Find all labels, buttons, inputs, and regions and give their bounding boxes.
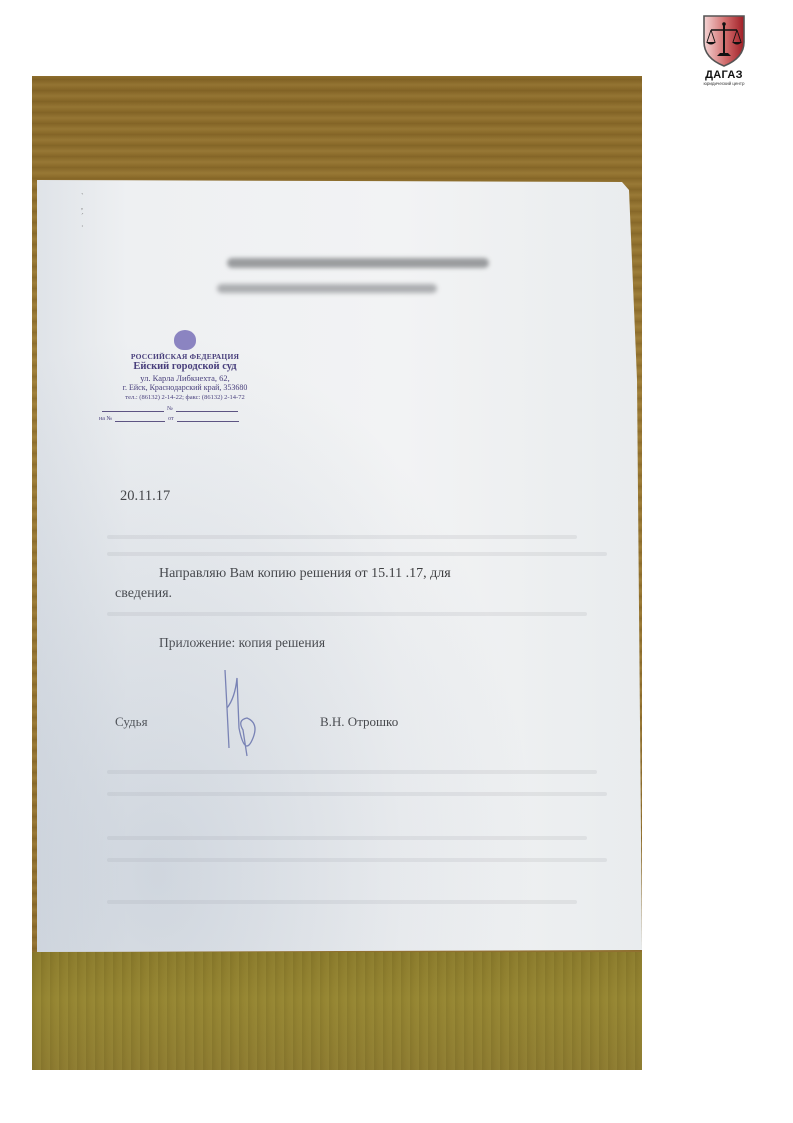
logo-subtitle: юридический центр (692, 81, 756, 86)
number-label: № (167, 406, 173, 412)
stamp-number-line: № (95, 406, 275, 412)
letter-body-line-1: Направляю Вам копию решения от 15.11 .17… (159, 566, 451, 582)
stamp-street: ул. Карла Либкнехта, 62, (95, 373, 275, 383)
letter-paper: ˋ,ˊ· РОССИЙСКАЯ ФЕДЕРАЦИЯ Ейский городск… (37, 180, 642, 952)
ref-label: на № (99, 416, 112, 422)
stamp-city: г. Ейск, Краснодарский край, 353680 (95, 383, 275, 393)
bleed-through-text (107, 552, 607, 556)
signature-icon (217, 668, 267, 760)
logo-name: ДАГАЗ (692, 69, 756, 81)
torn-edge-mark: ˋ,ˊ· (81, 192, 87, 242)
bleed-through-text (107, 770, 597, 774)
court-stamp: РОССИЙСКАЯ ФЕДЕРАЦИЯ Ейский городской су… (95, 330, 275, 422)
bleed-through-text (107, 900, 577, 904)
document-photo: ˋ,ˊ· РОССИЙСКАЯ ФЕДЕРАЦИЯ Ейский городск… (32, 76, 642, 1070)
stamp-phone: тел.: (86132) 2-14-22; факс: (86132) 2-1… (95, 393, 275, 402)
bleed-through-text (107, 858, 607, 862)
bleed-through-text (107, 792, 607, 796)
bleed-through-text (107, 612, 587, 616)
letter-body-line-2: сведения. (115, 586, 172, 602)
scales-of-justice-shield-icon (701, 12, 747, 68)
stamp-country: РОССИЙСКАЯ ФЕДЕРАЦИЯ (95, 352, 275, 361)
wooden-table-surface (32, 952, 642, 1070)
coat-of-arms-icon (174, 330, 196, 350)
redacted-addressee-line-1 (227, 258, 489, 268)
stamp-ref-line: на №от (95, 416, 275, 422)
signer-name: В.Н. Отрошко (320, 714, 398, 730)
bleed-through-text (107, 535, 577, 539)
dagaz-logo: ДАГАЗ юридический центр (692, 12, 756, 96)
from-label: от (168, 416, 174, 422)
bleed-through-text (107, 836, 587, 840)
redacted-addressee-line-2 (217, 284, 437, 293)
letter-date: 20.11.17 (120, 488, 170, 505)
stamp-court-name: Ейский городской суд (95, 361, 275, 373)
letter-attachment: Приложение: копия решения (159, 635, 325, 651)
signer-title: Судья (115, 714, 148, 730)
